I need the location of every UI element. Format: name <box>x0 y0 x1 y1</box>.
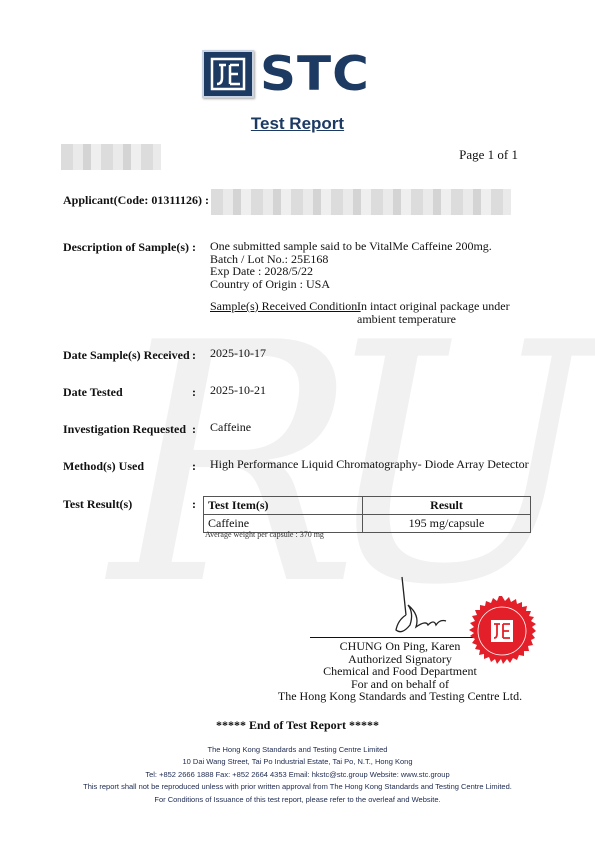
average-weight-note: Average weight per capsule : 370 mg <box>205 530 324 539</box>
description-value: One submitted sample said to be VitalMe … <box>210 240 492 290</box>
investigation-label: Investigation Requested <box>63 422 186 437</box>
footer-disclaimer: This report shall not be reproduced unle… <box>0 781 595 793</box>
stc-emblem-icon <box>202 50 254 98</box>
description-label: Description of Sample(s) <box>63 240 189 255</box>
date-tested-label: Date Tested <box>63 385 123 400</box>
description-line: Exp Date : 2028/5/22 <box>210 265 492 278</box>
stc-logo: STC <box>202 49 370 99</box>
signatory-company: The Hong Kong Standards and Testing Cent… <box>270 690 530 703</box>
investigation-value: Caffeine <box>210 421 251 434</box>
redacted-report-number <box>61 144 161 170</box>
test-report-page: STC Test Report Page 1 of 1 Applicant(Co… <box>0 0 595 842</box>
page-number: Page 1 of 1 <box>459 147 518 163</box>
company-seal-icon <box>466 596 538 673</box>
footer-address: 10 Dai Wang Street, Tai Po Industrial Es… <box>0 756 595 768</box>
method-value: High Performance Liquid Chromatography- … <box>210 458 529 471</box>
footer-company: The Hong Kong Standards and Testing Cent… <box>0 744 595 756</box>
header-result: Result <box>363 497 531 515</box>
date-received-label: Date Sample(s) Received <box>63 348 190 363</box>
investigation-colon: : <box>192 422 196 437</box>
condition-label: Sample(s) Received Condition: <box>210 300 361 313</box>
footer: The Hong Kong Standards and Testing Cent… <box>0 744 595 806</box>
results-table: Test Item(s) Result Caffeine 195 mg/caps… <box>203 496 531 533</box>
header-test-item: Test Item(s) <box>204 497 363 515</box>
description-line: One submitted sample said to be VitalMe … <box>210 240 492 253</box>
description-line: Country of Origin : USA <box>210 278 492 291</box>
cell-result: 195 mg/capsule <box>363 515 531 533</box>
date-tested-value: 2025-10-21 <box>210 384 266 397</box>
condition-line: In intact original package under <box>357 300 510 313</box>
results-header-row: Test Item(s) Result <box>204 497 531 515</box>
date-received-colon: : <box>192 348 196 363</box>
test-results-label: Test Result(s) <box>63 497 132 512</box>
footer-conditions: For Conditions of Issuance of this test … <box>0 794 595 806</box>
report-title: Test Report <box>0 114 595 134</box>
test-results-colon: : <box>192 497 196 512</box>
method-colon: : <box>192 459 196 474</box>
end-of-report: ***** End of Test Report ***** <box>0 718 595 733</box>
date-tested-colon: : <box>192 385 196 400</box>
footer-contact: Tel: +852 2666 1888 Fax: +852 2664 4353 … <box>0 769 595 781</box>
condition-line: ambient temperature <box>357 313 510 326</box>
date-received-value: 2025-10-17 <box>210 347 266 360</box>
signature-line <box>310 637 490 638</box>
redacted-applicant <box>211 189 511 215</box>
description-colon: : <box>192 240 196 255</box>
signature-icon <box>380 575 450 645</box>
condition-value: In intact original package under ambient… <box>357 300 510 325</box>
applicant-label: Applicant(Code: 01311126) : <box>63 193 209 208</box>
method-label: Method(s) Used <box>63 459 144 474</box>
stc-logo-text: STC <box>260 50 370 98</box>
